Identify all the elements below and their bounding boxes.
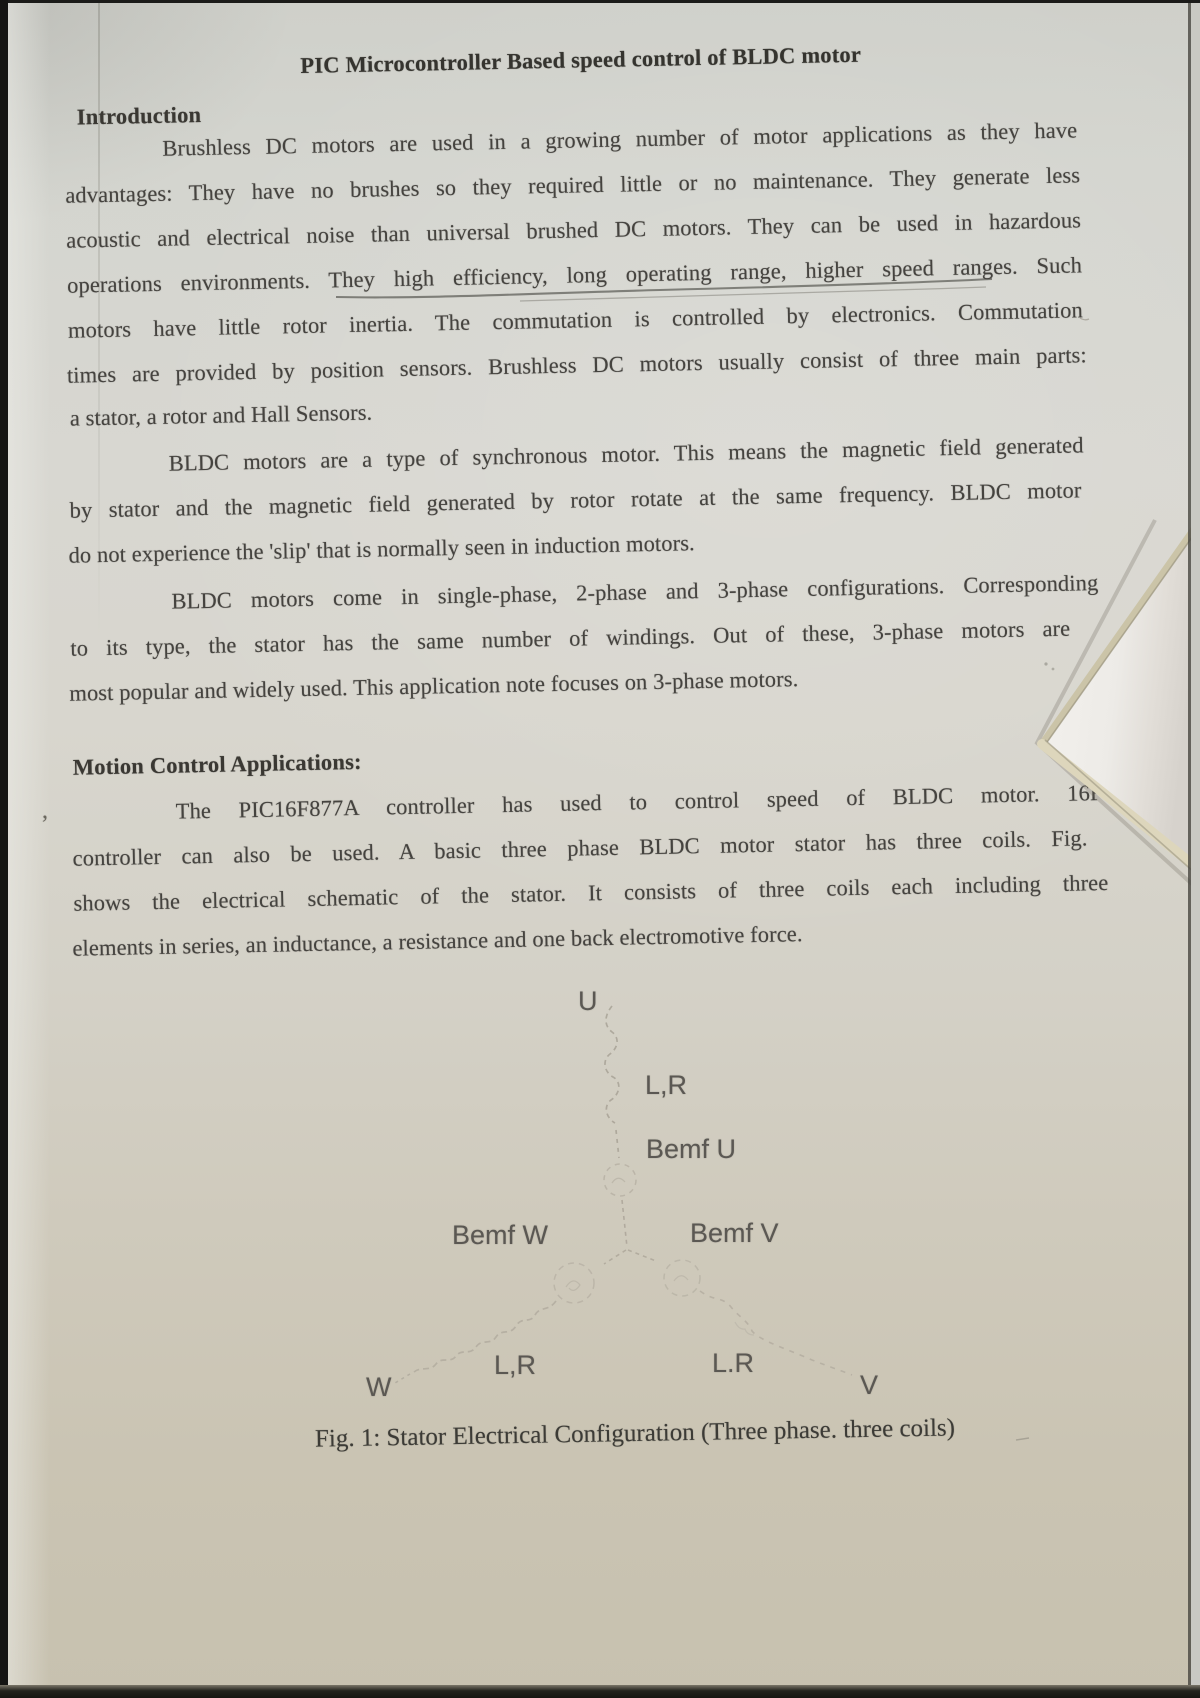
page-right-edge <box>1188 0 1191 1698</box>
scan-border-bottom <box>0 1685 1200 1698</box>
scan-border-top <box>0 0 1200 3</box>
folded-page-corner <box>0 0 1200 1698</box>
fold-flap <box>1042 524 1199 867</box>
scan-border-left <box>0 0 8 1698</box>
scanned-document-page: PIC Microcontroller Based speed control … <box>0 0 1200 1698</box>
adjacent-page-strip <box>1191 0 1200 1698</box>
